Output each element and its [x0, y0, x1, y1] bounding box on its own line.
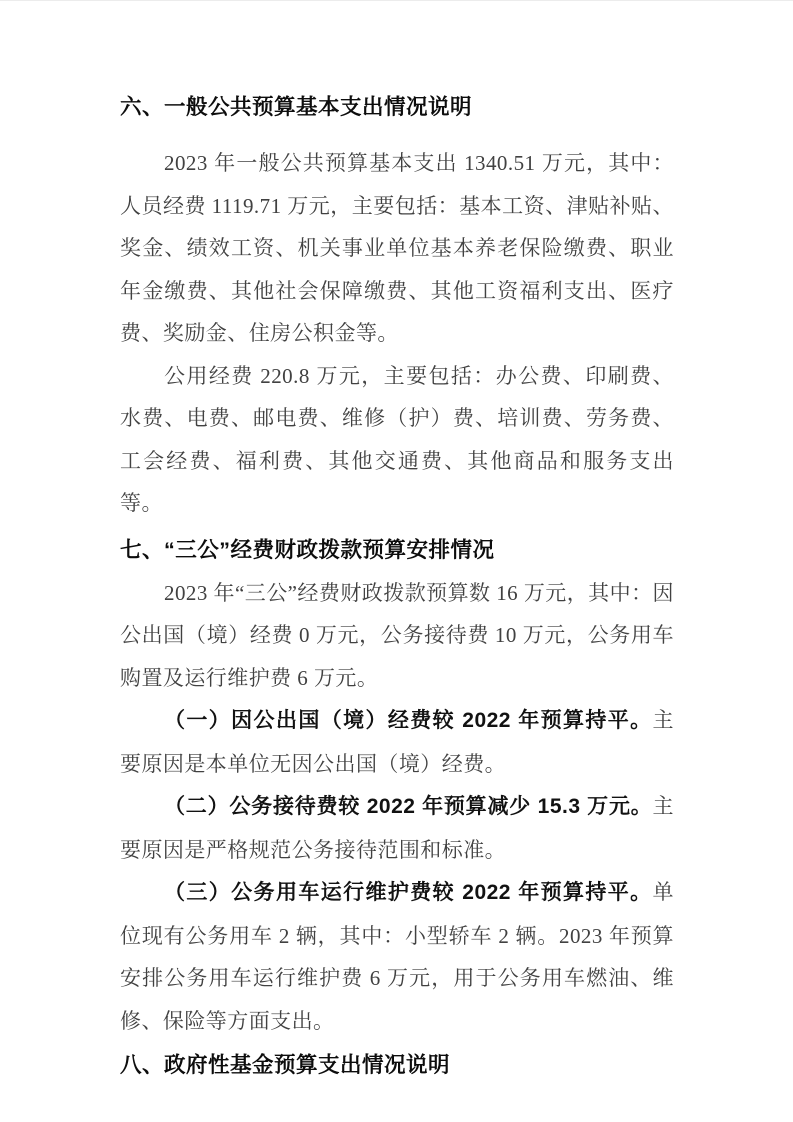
section-heading-three-public-funds: 七、“三公”经费财政拨款预算安排情况: [120, 528, 674, 572]
item-3-lead-text: （三）公务用车运行维护费较 2022 年预算持平。: [164, 881, 653, 904]
paragraph-item-official-reception: （二）公务接待费较 2022 年预算减少 15.3 万元。主要原因是严格规范公务…: [120, 785, 674, 871]
paragraph-three-public-budget-total: 2023 年“三公”经费财政拨款预算数 16 万元，其中：因公出国（境）经费 0…: [120, 572, 674, 700]
section-heading-government-fund-budget: 八、政府性基金预算支出情况说明: [120, 1043, 674, 1087]
paragraph-public-operating-funds: 公用经费 220.8 万元，主要包括：办公费、印刷费、水费、电费、邮电费、维修（…: [120, 355, 674, 525]
item-2-lead-text: （二）公务接待费较 2022 年预算减少 15.3 万元。: [164, 795, 653, 818]
document-content: 六、一般公共预算基本支出情况说明 2023 年一般公共预算基本支出 1340.5…: [120, 85, 674, 1087]
paragraph-item-official-vehicles: （三）公务用车运行维护费较 2022 年预算持平。单位现有公务用车 2 辆，其中…: [120, 871, 674, 1042]
paragraph-item-overseas-trips: （一）因公出国（境）经费较 2022 年预算持平。主要原因是本单位无因公出国（境…: [120, 699, 674, 785]
paragraph-basic-expenditure-personnel: 2023 年一般公共预算基本支出 1340.51 万元，其中：人员经费 1119…: [120, 142, 674, 355]
section-heading-basic-expenditure: 六、一般公共预算基本支出情况说明: [120, 85, 674, 129]
document-page: 六、一般公共预算基本支出情况说明 2023 年一般公共预算基本支出 1340.5…: [0, 0, 793, 1122]
item-1-lead-text: （一）因公出国（境）经费较 2022 年预算持平。: [164, 709, 653, 732]
